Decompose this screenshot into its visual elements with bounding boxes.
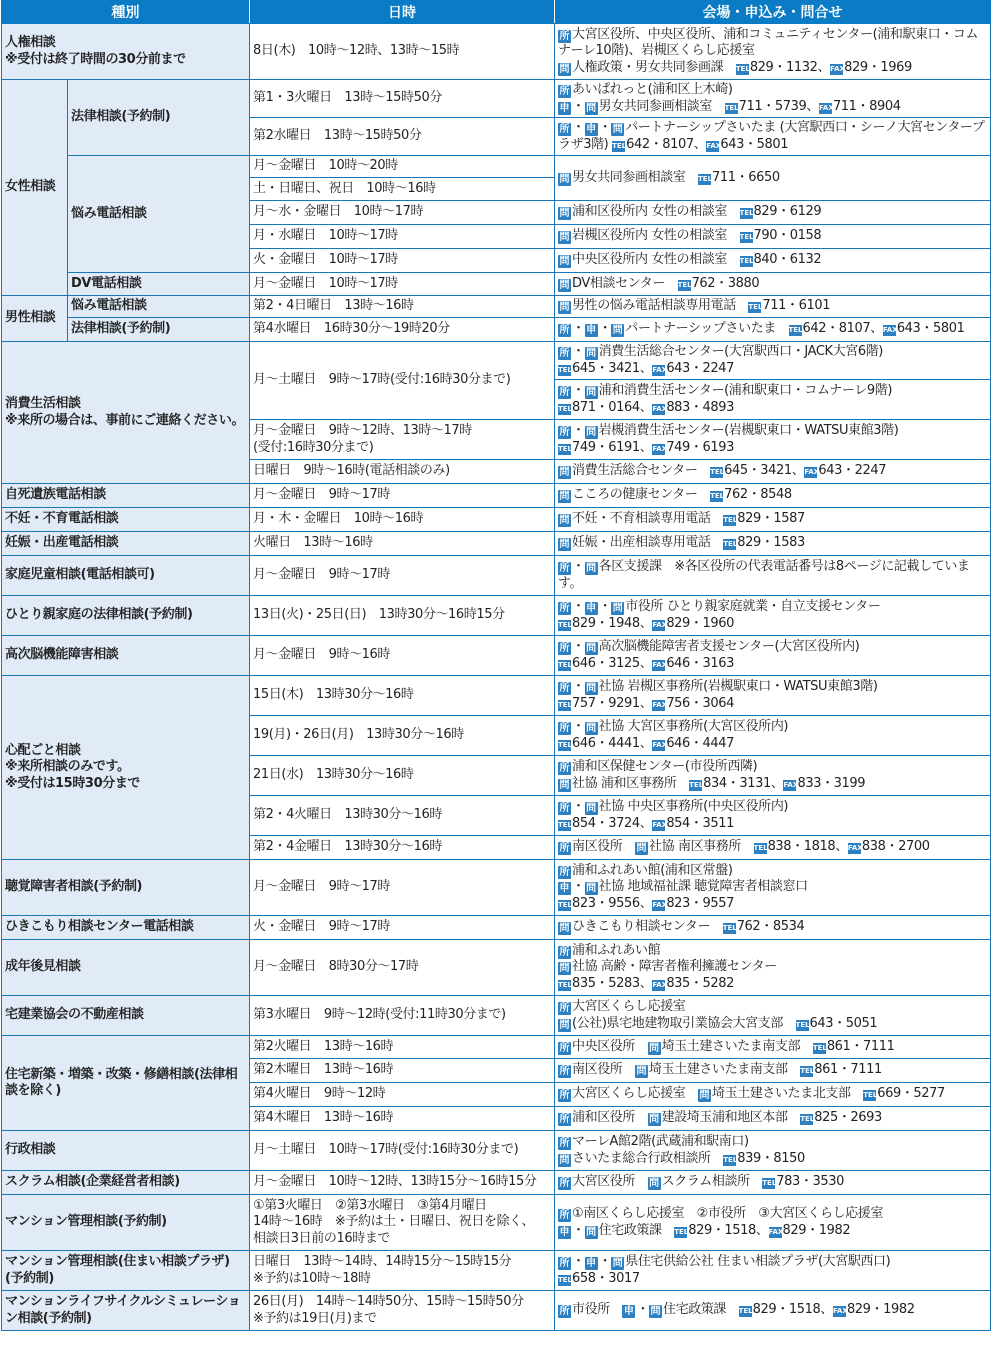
inquiry-icon: 問 bbox=[558, 466, 571, 479]
tel-icon: TEL bbox=[674, 1227, 687, 1238]
contact-cell: 問消費生活総合センター TEL645・3421、FAX643・2247 bbox=[555, 460, 991, 484]
table-row: スクラム相談(企業経営者相談) 月～金曜日 10時～12時、13時15分～16時… bbox=[2, 1171, 991, 1195]
datetime-cell: ①第3火曜日 ②第3水曜日 ③第4月曜日14時～16時 ※予約は土・日曜日、祝日… bbox=[250, 1195, 555, 1251]
inquiry-icon: 問 bbox=[648, 1177, 661, 1190]
subcategory-cell: 悩み電話相談 bbox=[68, 296, 250, 318]
venue-icon: 所 bbox=[558, 642, 571, 655]
venue-icon: 所 bbox=[558, 1002, 571, 1015]
tel-icon: TEL bbox=[789, 325, 802, 336]
tel-icon: TEL bbox=[698, 174, 711, 185]
datetime-cell: 月～金曜日 10時～17時 bbox=[250, 273, 555, 296]
contact-cell: 所市役所 申・問住宅政策課 TEL829・1518、FAX829・1982 bbox=[555, 1291, 991, 1331]
table-row: マンション管理相談(住まい相談プラザ)(予約制) 日曜日 13時～14時、14時… bbox=[2, 1251, 991, 1291]
datetime-cell: 月～金曜日 9時～17時 bbox=[250, 484, 555, 508]
contact-cell: 所・問社協 中央区事務所(中央区役所内) TEL854・3724、FAX854・… bbox=[555, 796, 991, 836]
venue-icon: 所 bbox=[558, 1177, 571, 1190]
table-row: 行政相談 月～土曜日 10時～17時(受付:16時30分まで) 所マーレA館2階… bbox=[2, 1131, 991, 1171]
contact-cell: 問岩槻区役所内 女性の相談室 TEL790・0158 bbox=[555, 225, 991, 249]
table-row: DV電話相談 月～金曜日 10時～17時 問DV相談センター TEL762・38… bbox=[2, 273, 991, 296]
fax-icon: FAX bbox=[848, 843, 861, 854]
inquiry-icon: 問 bbox=[611, 1257, 624, 1270]
subcategory-cell: 法律相談(予約制) bbox=[68, 318, 250, 342]
table-row: ひとり親家庭の法律相談(予約制) 13日(火)・25日(日) 13時30分～16… bbox=[2, 596, 991, 636]
inquiry-icon: 問 bbox=[611, 123, 624, 136]
inquiry-icon: 問 bbox=[635, 1065, 648, 1078]
inquiry-icon: 問 bbox=[558, 231, 571, 244]
contact-cell: 問こころの健康センター TEL762・8548 bbox=[555, 484, 991, 508]
datetime-cell: 火・金曜日 10時～17時 bbox=[250, 249, 555, 273]
contact-cell: 所・申・問市役所 ひとり親家庭就業・自立支援センター TEL829・1948、F… bbox=[555, 596, 991, 636]
tel-icon: TEL bbox=[754, 843, 767, 854]
datetime-cell: 第2・4日曜日 13時～16時 bbox=[250, 296, 555, 318]
venue-icon: 所 bbox=[558, 802, 571, 815]
table-row: 高次脳機能障害相談 月～金曜日 9時～16時 所・問高次脳機能障害者支援センター… bbox=[2, 636, 991, 676]
contact-cell: 所①南区くらし応援室 ②市役所 ③大宮区くらし応援室 申・問住宅政策課 TEL8… bbox=[555, 1195, 991, 1251]
datetime-cell: 月・水曜日 10時～17時 bbox=[250, 225, 555, 249]
venue-icon: 所 bbox=[558, 866, 571, 879]
category-cell: 不妊・不育電話相談 bbox=[2, 508, 250, 532]
contact-cell: 所・問高次脳機能障害者支援センター(大宮区役所内) TEL646・3125、FA… bbox=[555, 636, 991, 676]
contact-cell: 所南区役所 問埼玉土建さいたま南支部 TEL861・7111 bbox=[555, 1059, 991, 1083]
table-row: 宅建業協会の不動産相談 第3水曜日 9時～12時(受付:11時30分まで) 所大… bbox=[2, 996, 991, 1036]
fax-icon: FAX bbox=[652, 900, 665, 911]
apply-icon: 申 bbox=[558, 102, 571, 115]
fax-icon: FAX bbox=[706, 141, 719, 152]
fax-icon: FAX bbox=[819, 103, 832, 114]
contact-cell: 所・申・問パートナーシップさいたま TEL642・8107、FAX643・580… bbox=[555, 318, 991, 342]
contact-cell: 所中央区役所 問埼玉土建さいたま南支部 TEL861・7111 bbox=[555, 1036, 991, 1059]
contact-cell: 所・問岩槻消費生活センター(岩槻駅東口・WATSU東館3階) TEL749・61… bbox=[555, 420, 991, 460]
category-cell: 消費生活相談※来所の場合は、事前にご連絡ください。 bbox=[2, 342, 250, 484]
datetime-cell: 第1・3火曜日 13時～15時50分 bbox=[250, 80, 555, 118]
datetime-cell: 月・木・金曜日 10時～16時 bbox=[250, 508, 555, 532]
contact-cell: 所大宮区役所、中央区役所、浦和コミュニティセンター(浦和駅東口・コムナーレ10階… bbox=[555, 24, 991, 80]
contact-cell: 所南区役所 問社協 南区事務所 TEL838・1818、FAX838・2700 bbox=[555, 836, 991, 860]
category-cell: 成年後見相談 bbox=[2, 940, 250, 996]
datetime-cell: 第4木曜日 13時～16時 bbox=[250, 1107, 555, 1131]
table-row: 消費生活相談※来所の場合は、事前にご連絡ください。 月～土曜日 9時～17時(受… bbox=[2, 342, 991, 380]
inquiry-icon: 問 bbox=[585, 802, 598, 815]
datetime-cell: 土・日曜日、祝日 10時～16時 bbox=[250, 178, 555, 201]
contact-cell: 所浦和ふれあい館(浦和区常盤) 申・問社協 地域福祉課 聴覚障害者相談窓口 TE… bbox=[555, 860, 991, 916]
table-row: 家庭児童相談(電話相談可) 月～金曜日 9時～17時 所・問各区支援課 ※各区役… bbox=[2, 556, 991, 596]
fax-icon: FAX bbox=[652, 660, 665, 671]
header-contact: 会場・申込み・問合せ bbox=[555, 1, 991, 24]
apply-icon: 申 bbox=[585, 1257, 598, 1270]
table-row: 自死遺族電話相談 月～金曜日 9時～17時 問こころの健康センター TEL762… bbox=[2, 484, 991, 508]
apply-icon: 申 bbox=[585, 324, 598, 337]
category-cell: 家庭児童相談(電話相談可) bbox=[2, 556, 250, 596]
venue-icon: 所 bbox=[558, 30, 571, 43]
contact-cell: 問妊娠・出産相談専用電話 TEL829・1583 bbox=[555, 532, 991, 556]
category-cell: ひとり親家庭の法律相談(予約制) bbox=[2, 596, 250, 636]
tel-icon: TEL bbox=[762, 1178, 775, 1189]
contact-cell: 問中央区役所内 女性の相談室 TEL840・6132 bbox=[555, 249, 991, 273]
inquiry-icon: 問 bbox=[648, 1042, 661, 1055]
category-cell: 心配ごと相談※来所相談のみです。※受付は15時30分まで bbox=[2, 676, 250, 860]
subcategory-cell: 悩み電話相談 bbox=[68, 156, 250, 273]
venue-icon: 所 bbox=[558, 347, 571, 360]
inquiry-icon: 問 bbox=[585, 386, 598, 399]
tel-icon: TEL bbox=[796, 1020, 809, 1031]
inquiry-icon: 問 bbox=[558, 255, 571, 268]
tel-icon: TEL bbox=[558, 444, 571, 455]
category-cell: マンション管理相談(予約制) bbox=[2, 1195, 250, 1251]
tel-icon: TEL bbox=[558, 404, 571, 415]
contact-cell: 問男女共同参画相談室 TEL711・6650 bbox=[555, 156, 991, 201]
subcategory-cell: 法律相談(予約制) bbox=[68, 80, 250, 156]
tel-icon: TEL bbox=[800, 1114, 813, 1125]
inquiry-icon: 問 bbox=[558, 538, 571, 551]
tel-icon: TEL bbox=[723, 923, 736, 934]
inquiry-icon: 問 bbox=[558, 1154, 571, 1167]
datetime-cell: 第2火曜日 13時～16時 bbox=[250, 1036, 555, 1059]
tel-icon: TEL bbox=[558, 980, 571, 991]
datetime-cell: 日曜日 9時～16時(電話相談のみ) bbox=[250, 460, 555, 484]
datetime-cell: 月～金曜日 9時～12時、13時～17時(受付:16時30分まで) bbox=[250, 420, 555, 460]
datetime-cell: 月～金曜日 10時～20時 bbox=[250, 156, 555, 178]
contact-cell: 所大宮区役所 問スクラム相談所 TEL783・3530 bbox=[555, 1171, 991, 1195]
datetime-cell: 火曜日 13時～16時 bbox=[250, 532, 555, 556]
tel-icon: TEL bbox=[723, 1155, 736, 1166]
fax-icon: FAX bbox=[783, 780, 796, 791]
category-cell: 男性相談 bbox=[2, 296, 68, 342]
datetime-cell: 第2・4火曜日 13時30分～16時 bbox=[250, 796, 555, 836]
venue-icon: 所 bbox=[558, 602, 571, 615]
table-row: 心配ごと相談※来所相談のみです。※受付は15時30分まで 15日(木) 13時3… bbox=[2, 676, 991, 716]
category-cell: 宅建業協会の不動産相談 bbox=[2, 996, 250, 1036]
table-row: 男性相談 悩み電話相談 第2・4日曜日 13時～16時 問男性の悩み電話相談専用… bbox=[2, 296, 991, 318]
datetime-cell: 月～土曜日 10時～17時(受付:16時30分まで) bbox=[250, 1131, 555, 1171]
subcategory-cell: DV電話相談 bbox=[68, 273, 250, 296]
tel-icon: TEL bbox=[558, 740, 571, 751]
tel-icon: TEL bbox=[612, 141, 625, 152]
apply-icon: 申 bbox=[585, 602, 598, 615]
venue-icon: 所 bbox=[558, 85, 571, 98]
header-datetime: 日時 bbox=[250, 1, 555, 24]
datetime-cell: 月～金曜日 9時～16時 bbox=[250, 636, 555, 676]
tel-icon: TEL bbox=[723, 539, 736, 550]
contact-cell: 問ひきこもり相談センター TEL762・8534 bbox=[555, 916, 991, 940]
inquiry-icon: 問 bbox=[585, 642, 598, 655]
contact-cell: 所・申・問パートナーシップさいたま (大宮駅西口・シーノ大宮センタープラザ3階)… bbox=[555, 118, 991, 156]
tel-icon: TEL bbox=[736, 64, 749, 75]
inquiry-icon: 問 bbox=[558, 514, 571, 527]
tel-icon: TEL bbox=[725, 103, 738, 114]
venue-icon: 所 bbox=[558, 1113, 571, 1126]
datetime-cell: 21日(水) 13時30分～16時 bbox=[250, 756, 555, 796]
venue-icon: 所 bbox=[558, 426, 571, 439]
datetime-cell: 第4水曜日 16時30分～19時20分 bbox=[250, 318, 555, 342]
fax-icon: FAX bbox=[769, 1227, 782, 1238]
fax-icon: FAX bbox=[652, 620, 665, 631]
venue-icon: 所 bbox=[558, 1257, 571, 1270]
table-row: マンションライフサイクルシミュレーション相談(予約制) 26日(月) 14時～1… bbox=[2, 1291, 991, 1331]
fax-icon: FAX bbox=[883, 325, 896, 336]
venue-icon: 所 bbox=[558, 123, 571, 136]
fax-icon: FAX bbox=[804, 467, 817, 478]
contact-cell: 問男性の悩み電話相談専用電話 TEL711・6101 bbox=[555, 296, 991, 318]
venue-icon: 所 bbox=[558, 1137, 571, 1150]
venue-icon: 所 bbox=[558, 386, 571, 399]
datetime-cell: 月～金曜日 8時30分～17時 bbox=[250, 940, 555, 996]
tel-icon: TEL bbox=[710, 491, 723, 502]
fax-icon: FAX bbox=[652, 820, 665, 831]
inquiry-icon: 問 bbox=[585, 682, 598, 695]
datetime-cell: 第2水曜日 13時～15時50分 bbox=[250, 118, 555, 156]
tel-icon: TEL bbox=[558, 620, 571, 631]
fax-icon: FAX bbox=[652, 444, 665, 455]
tel-icon: TEL bbox=[739, 1306, 752, 1317]
contact-cell: 所大宮区くらし応援室 問埼玉土建さいたま北支部 TEL669・5277 bbox=[555, 1083, 991, 1107]
datetime-cell: 月～水・金曜日 10時～17時 bbox=[250, 201, 555, 225]
inquiry-icon: 問 bbox=[698, 1089, 711, 1102]
venue-icon: 所 bbox=[558, 682, 571, 695]
contact-cell: 問DV相談センター TEL762・3880 bbox=[555, 273, 991, 296]
category-cell: マンション管理相談(住まい相談プラザ)(予約制) bbox=[2, 1251, 250, 1291]
venue-icon: 所 bbox=[558, 324, 571, 337]
category-cell: 高次脳機能障害相談 bbox=[2, 636, 250, 676]
table-row: 法律相談(予約制) 第4水曜日 16時30分～19時20分 所・申・問パートナー… bbox=[2, 318, 991, 342]
inquiry-icon: 問 bbox=[585, 347, 598, 360]
datetime-cell: 第3水曜日 9時～12時(受付:11時30分まで) bbox=[250, 996, 555, 1036]
contact-cell: 所・問各区支援課 ※各区役所の代表電話番号は8ページに記載しています。 bbox=[555, 556, 991, 596]
tel-icon: TEL bbox=[710, 467, 723, 478]
inquiry-icon: 問 bbox=[585, 722, 598, 735]
tel-icon: TEL bbox=[723, 515, 736, 526]
tel-icon: TEL bbox=[689, 780, 702, 791]
inquiry-icon: 問 bbox=[585, 426, 598, 439]
inquiry-icon: 問 bbox=[558, 1019, 571, 1032]
venue-icon: 所 bbox=[558, 1065, 571, 1078]
datetime-cell: 19(月)・26日(月) 13時30分～16時 bbox=[250, 716, 555, 756]
category-cell: 妊娠・出産電話相談 bbox=[2, 532, 250, 556]
datetime-cell: 第4火曜日 9時～12時 bbox=[250, 1083, 555, 1107]
contact-cell: 所マーレA館2階(武蔵浦和駅南口) 問さいたま総合行政相談所 TEL839・81… bbox=[555, 1131, 991, 1171]
apply-icon: 申 bbox=[558, 1226, 571, 1239]
table-row: 成年後見相談 月～金曜日 8時30分～17時 所浦和ふれあい館 問社協 高齢・障… bbox=[2, 940, 991, 996]
datetime-cell: 月～金曜日 9時～17時 bbox=[250, 556, 555, 596]
inquiry-icon: 問 bbox=[635, 842, 648, 855]
tel-icon: TEL bbox=[558, 365, 571, 376]
inquiry-icon: 問 bbox=[558, 279, 571, 292]
table-row: マンション管理相談(予約制) ①第3火曜日 ②第3水曜日 ③第4月曜日14時～1… bbox=[2, 1195, 991, 1251]
contact-cell: 所あいぱれっと(浦和区上木崎) 申・問男女共同参画相談室 TEL711・5739… bbox=[555, 80, 991, 118]
inquiry-icon: 問 bbox=[558, 922, 571, 935]
tel-icon: TEL bbox=[740, 232, 753, 243]
inquiry-icon: 問 bbox=[558, 207, 571, 220]
fax-icon: FAX bbox=[652, 404, 665, 415]
tel-icon: TEL bbox=[740, 208, 753, 219]
inquiry-icon: 問 bbox=[558, 779, 571, 792]
category-cell: スクラム相談(企業経営者相談) bbox=[2, 1171, 250, 1195]
tel-icon: TEL bbox=[678, 280, 691, 291]
inquiry-icon: 問 bbox=[585, 562, 598, 575]
tel-icon: TEL bbox=[558, 820, 571, 831]
category-cell: 女性相談 bbox=[2, 80, 68, 296]
contact-cell: 所・問消費生活総合センター(大宮駅西口・JACK大宮6階) TEL645・342… bbox=[555, 342, 991, 380]
contact-cell: 所・申・問県住宅供給公社 住まい相談プラザ(大宮駅西口) TEL658・3017 bbox=[555, 1251, 991, 1291]
tel-icon: TEL bbox=[558, 900, 571, 911]
venue-icon: 所 bbox=[558, 1089, 571, 1102]
inquiry-icon: 問 bbox=[558, 301, 571, 314]
apply-icon: 申 bbox=[585, 123, 598, 136]
venue-icon: 所 bbox=[558, 562, 571, 575]
consultation-table: 種別 日時 会場・申込み・問合せ 人権相談※受付は終了時間の30分前まで 8日(… bbox=[1, 0, 991, 1331]
datetime-cell: 13日(火)・25日(日) 13時30分～16時15分 bbox=[250, 596, 555, 636]
fax-icon: FAX bbox=[833, 1306, 846, 1317]
category-cell: 聴覚障害者相談(予約制) bbox=[2, 860, 250, 916]
fax-icon: FAX bbox=[652, 365, 665, 376]
contact-cell: 所・問社協 岩槻区事務所(岩槻駅東口・WATSU東館3階) TEL757・929… bbox=[555, 676, 991, 716]
fax-icon: FAX bbox=[652, 980, 665, 991]
contact-cell: 所浦和区保健センター(市役所西隣) 問社協 浦和区事務所 TEL834・3131… bbox=[555, 756, 991, 796]
datetime-cell: 月～金曜日 9時～17時 bbox=[250, 860, 555, 916]
category-cell: 自死遺族電話相談 bbox=[2, 484, 250, 508]
table-row: 人権相談※受付は終了時間の30分前まで 8日(木) 10時～12時、13時～15… bbox=[2, 24, 991, 80]
datetime-cell: 26日(月) 14時～14時50分、15時～15時50分※予約は19日(月)まで bbox=[250, 1291, 555, 1331]
category-cell: 人権相談※受付は終了時間の30分前まで bbox=[2, 24, 250, 80]
contact-cell: 所浦和区役所 問建設埼玉浦和地区本部 TEL825・2693 bbox=[555, 1107, 991, 1131]
inquiry-icon: 問 bbox=[648, 1113, 661, 1126]
inquiry-icon: 問 bbox=[585, 102, 598, 115]
inquiry-icon: 問 bbox=[611, 324, 624, 337]
inquiry-icon: 問 bbox=[611, 602, 624, 615]
venue-icon: 所 bbox=[558, 722, 571, 735]
datetime-cell: 15日(木) 13時30分～16時 bbox=[250, 676, 555, 716]
inquiry-icon: 問 bbox=[649, 1305, 662, 1318]
category-cell: マンションライフサイクルシミュレーション相談(予約制) bbox=[2, 1291, 250, 1331]
fax-icon: FAX bbox=[652, 740, 665, 751]
fax-icon: FAX bbox=[652, 700, 665, 711]
apply-icon: 申 bbox=[558, 882, 571, 895]
inquiry-icon: 問 bbox=[558, 63, 571, 76]
venue-icon: 所 bbox=[558, 1209, 571, 1222]
table-row: 住宅新築・増築・改築・修繕相談(法律相談を除く) 第2火曜日 13時～16時 所… bbox=[2, 1036, 991, 1059]
contact-cell: 問浦和区役所内 女性の相談室 TEL829・6129 bbox=[555, 201, 991, 225]
inquiry-icon: 問 bbox=[558, 962, 571, 975]
table-row: 悩み電話相談 月～金曜日 10時～20時 問男女共同参画相談室 TEL711・6… bbox=[2, 156, 991, 178]
datetime-cell: 月～土曜日 9時～17時(受付:16時30分まで) bbox=[250, 342, 555, 420]
datetime-cell: 月～金曜日 10時～12時、13時15分～16時15分 bbox=[250, 1171, 555, 1195]
table-row: 妊娠・出産電話相談 火曜日 13時～16時 問妊娠・出産相談専用電話 TEL82… bbox=[2, 532, 991, 556]
tel-icon: TEL bbox=[800, 1066, 813, 1077]
inquiry-icon: 問 bbox=[558, 490, 571, 503]
apply-icon: 申 bbox=[622, 1305, 635, 1318]
datetime-cell: 第2・4金曜日 13時30分～16時 bbox=[250, 836, 555, 860]
venue-icon: 所 bbox=[558, 1305, 571, 1318]
tel-icon: TEL bbox=[558, 660, 571, 671]
table-row: 聴覚障害者相談(予約制) 月～金曜日 9時～17時 所浦和ふれあい館(浦和区常盤… bbox=[2, 860, 991, 916]
category-cell: ひきこもり相談センター電話相談 bbox=[2, 916, 250, 940]
table-row: 女性相談 法律相談(予約制) 第1・3火曜日 13時～15時50分 所あいぱれっ… bbox=[2, 80, 991, 118]
category-cell: 住宅新築・増築・改築・修繕相談(法律相談を除く) bbox=[2, 1036, 250, 1131]
category-cell: 行政相談 bbox=[2, 1131, 250, 1171]
fax-icon: FAX bbox=[830, 64, 843, 75]
inquiry-icon: 問 bbox=[585, 882, 598, 895]
contact-cell: 所浦和ふれあい館 問社協 高齢・障害者権利擁護センター TEL835・5283、… bbox=[555, 940, 991, 996]
inquiry-icon: 問 bbox=[558, 173, 571, 186]
venue-icon: 所 bbox=[558, 842, 571, 855]
table-header: 種別 日時 会場・申込み・問合せ bbox=[2, 1, 991, 24]
contact-cell: 所・問社協 大宮区事務所(大宮区役所内) TEL646・4441、FAX646・… bbox=[555, 716, 991, 756]
contact-cell: 所大宮区くらし応援室 問(公社)県宅地建物取引業協会大宮支部 TEL643・50… bbox=[555, 996, 991, 1036]
contact-cell: 所・問浦和消費生活センター(浦和駅東口・コムナーレ9階) TEL871・0164… bbox=[555, 380, 991, 420]
tel-icon: TEL bbox=[740, 256, 753, 267]
header-type: 種別 bbox=[2, 1, 250, 24]
tel-icon: TEL bbox=[813, 1043, 826, 1054]
datetime-cell: 火・金曜日 9時～17時 bbox=[250, 916, 555, 940]
tel-icon: TEL bbox=[748, 302, 761, 313]
table-row: 不妊・不育電話相談 月・木・金曜日 10時～16時 問不妊・不育相談専用電話 T… bbox=[2, 508, 991, 532]
table-row: ひきこもり相談センター電話相談 火・金曜日 9時～17時 問ひきこもり相談センタ… bbox=[2, 916, 991, 940]
tel-icon: TEL bbox=[863, 1090, 876, 1101]
datetime-cell: 第2木曜日 13時～16時 bbox=[250, 1059, 555, 1083]
venue-icon: 所 bbox=[558, 1042, 571, 1055]
inquiry-icon: 問 bbox=[585, 1226, 598, 1239]
venue-icon: 所 bbox=[558, 762, 571, 775]
datetime-cell: 日曜日 13時～14時、14時15分～15時15分※予約は10時～18時 bbox=[250, 1251, 555, 1291]
venue-icon: 所 bbox=[558, 946, 571, 959]
tel-icon: TEL bbox=[558, 700, 571, 711]
datetime-cell: 8日(木) 10時～12時、13時～15時 bbox=[250, 24, 555, 80]
tel-icon: TEL bbox=[558, 1275, 571, 1286]
contact-cell: 問不妊・不育相談専用電話 TEL829・1587 bbox=[555, 508, 991, 532]
